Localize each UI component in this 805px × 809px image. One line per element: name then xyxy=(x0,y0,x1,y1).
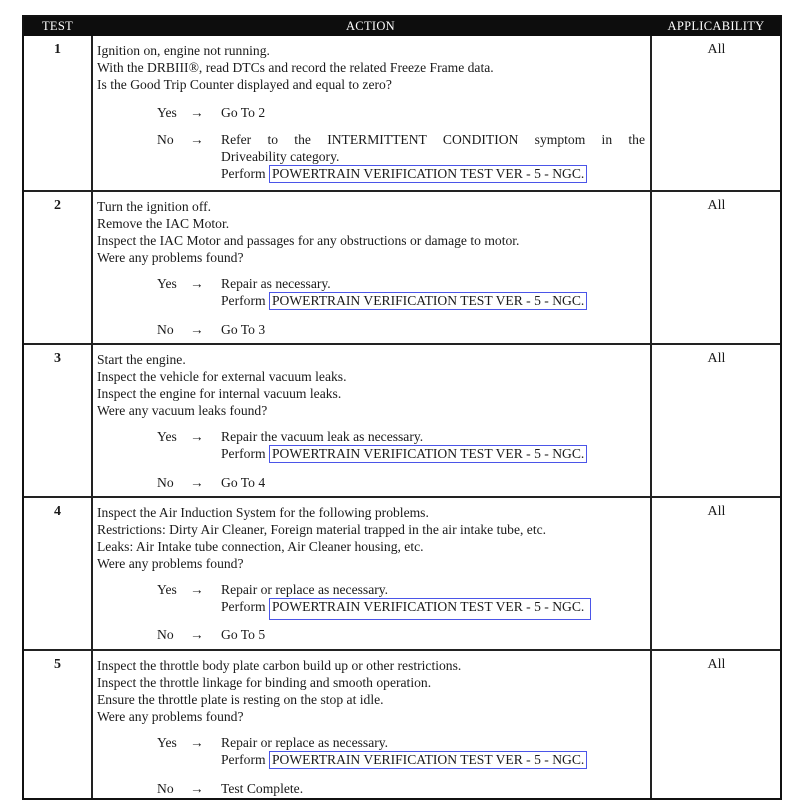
action-cell: Ignition on, engine not running. With th… xyxy=(97,42,645,183)
table-row: 2 Turn the ignition off. Remove the IAC … xyxy=(24,190,780,343)
yes-result: Repair or replace as necessary. Perform … xyxy=(221,581,645,620)
yes-label: Yes xyxy=(157,104,185,121)
no-label: No xyxy=(157,474,185,491)
header-test: TEST xyxy=(24,17,91,36)
perform-label: Perform xyxy=(221,166,266,181)
no-branch: No → Test Complete. xyxy=(157,780,645,797)
arrow-icon: → xyxy=(190,275,210,292)
test-number: 2 xyxy=(24,198,91,214)
action-cell: Inspect the Air Induction System for the… xyxy=(97,504,645,643)
goto-link[interactable]: Go To 2 xyxy=(221,105,265,120)
step-text: Start the engine. xyxy=(97,351,645,368)
step-text: Inspect the engine for internal vacuum l… xyxy=(97,385,645,402)
powertrain-verification-link[interactable]: POWERTRAIN VERIFICATION TEST VER - 5 - N… xyxy=(269,598,591,620)
goto-link[interactable]: Go To 3 xyxy=(221,322,265,337)
goto-link[interactable]: Go To 5 xyxy=(221,627,265,642)
applicability-value: All xyxy=(651,42,782,58)
table-row: 4 Inspect the Air Induction System for t… xyxy=(24,496,780,649)
yes-branch: Yes → Repair or replace as necessary. Pe… xyxy=(157,581,645,620)
yes-branch: Yes → Repair or replace as necessary. Pe… xyxy=(157,734,645,769)
arrow-icon: → xyxy=(190,626,210,643)
step-text: Ignition on, engine not running. xyxy=(97,42,645,59)
no-label: No xyxy=(157,321,185,338)
no-result: Test Complete. xyxy=(221,780,645,797)
step-text: Leaks: Air Intake tube connection, Air C… xyxy=(97,538,645,555)
yes-label: Yes xyxy=(157,275,185,292)
no-label: No xyxy=(157,626,185,643)
arrow-icon: → xyxy=(190,131,210,148)
yes-result: Repair as necessary. Perform POWERTRAIN … xyxy=(221,275,645,310)
no-result: Refer to the INTERMITTENT CONDITION symp… xyxy=(221,131,645,183)
powertrain-verification-link[interactable]: POWERTRAIN VERIFICATION TEST VER - 5 - N… xyxy=(269,165,587,183)
step-text: Inspect the vehicle for external vacuum … xyxy=(97,368,645,385)
arrow-icon: → xyxy=(190,104,210,121)
applicability-value: All xyxy=(651,198,782,214)
step-text: Is the Good Trip Counter displayed and e… xyxy=(97,76,645,93)
result-text: Repair or replace as necessary. xyxy=(221,581,645,598)
yes-result: Go To 2 xyxy=(221,104,645,121)
powertrain-verification-link[interactable]: POWERTRAIN VERIFICATION TEST VER - 5 - N… xyxy=(269,445,587,463)
step-text: Were any problems found? xyxy=(97,708,645,725)
table-row: 1 Ignition on, engine not running. With … xyxy=(24,36,780,190)
powertrain-verification-link[interactable]: POWERTRAIN VERIFICATION TEST VER - 5 - N… xyxy=(269,751,587,769)
column-divider xyxy=(91,36,93,798)
test-number: 5 xyxy=(24,657,91,673)
yes-result: Repair the vacuum leak as necessary. Per… xyxy=(221,428,645,463)
result-text: Repair or replace as necessary. xyxy=(221,734,645,751)
perform-label: Perform xyxy=(221,293,266,308)
powertrain-verification-link[interactable]: POWERTRAIN VERIFICATION TEST VER - 5 - N… xyxy=(269,292,587,310)
arrow-icon: → xyxy=(190,321,210,338)
arrow-icon: → xyxy=(190,428,210,445)
step-text: Were any problems found? xyxy=(97,555,645,572)
step-text: Inspect the throttle linkage for binding… xyxy=(97,674,645,691)
step-text: Inspect the IAC Motor and passages for a… xyxy=(97,232,645,249)
no-branch: No → Refer to the INTERMITTENT CONDITION… xyxy=(157,131,645,183)
step-text: With the DRBIII®, read DTCs and record t… xyxy=(97,59,645,76)
arrow-icon: → xyxy=(190,581,210,598)
action-cell: Turn the ignition off. Remove the IAC Mo… xyxy=(97,198,645,338)
step-text: Remove the IAC Motor. xyxy=(97,215,645,232)
step-text: Ensure the throttle plate is resting on … xyxy=(97,691,645,708)
test-number: 1 xyxy=(24,42,91,58)
no-branch: No → Go To 5 xyxy=(157,626,645,643)
perform-label: Perform xyxy=(221,752,266,767)
action-cell: Start the engine. Inspect the vehicle fo… xyxy=(97,351,645,491)
result-text: Driveability category. xyxy=(221,148,645,165)
table-header: TEST ACTION APPLICABILITY xyxy=(24,17,780,36)
arrow-icon: → xyxy=(190,734,210,751)
no-result: Go To 5 xyxy=(221,626,645,643)
no-result: Go To 4 xyxy=(221,474,645,491)
yes-label: Yes xyxy=(157,734,185,751)
perform-label: Perform xyxy=(221,599,266,614)
table-row: 5 Inspect the throttle body plate carbon… xyxy=(24,649,780,798)
header-applicability: APPLICABILITY xyxy=(650,17,782,36)
step-text: Were any problems found? xyxy=(97,249,645,266)
result-text: Repair as necessary. xyxy=(221,275,645,292)
arrow-icon: → xyxy=(190,780,210,797)
perform-label: Perform xyxy=(221,446,266,461)
yes-branch: Yes → Repair the vacuum leak as necessar… xyxy=(157,428,645,463)
yes-label: Yes xyxy=(157,428,185,445)
no-label: No xyxy=(157,131,185,148)
applicability-value: All xyxy=(651,351,782,367)
step-text: Turn the ignition off. xyxy=(97,198,645,215)
test-number: 4 xyxy=(24,504,91,520)
action-cell: Inspect the throttle body plate carbon b… xyxy=(97,657,645,797)
step-text: Restrictions: Dirty Air Cleaner, Foreign… xyxy=(97,521,645,538)
yes-result: Repair or replace as necessary. Perform … xyxy=(221,734,645,769)
no-branch: No → Go To 3 xyxy=(157,321,645,338)
step-text: Inspect the throttle body plate carbon b… xyxy=(97,657,645,674)
table-row: 3 Start the engine. Inspect the vehicle … xyxy=(24,343,780,496)
applicability-value: All xyxy=(651,657,782,673)
result-text: Repair the vacuum leak as necessary. xyxy=(221,428,645,445)
goto-link[interactable]: Go To 4 xyxy=(221,475,265,490)
yes-branch: Yes → Go To 2 xyxy=(157,104,645,121)
step-text: Inspect the Air Induction System for the… xyxy=(97,504,645,521)
step-text: Were any vacuum leaks found? xyxy=(97,402,645,419)
no-result: Go To 3 xyxy=(221,321,645,338)
result-text: Refer to the INTERMITTENT CONDITION symp… xyxy=(221,131,645,148)
arrow-icon: → xyxy=(190,474,210,491)
column-divider xyxy=(650,36,652,798)
applicability-value: All xyxy=(651,504,782,520)
no-branch: No → Go To 4 xyxy=(157,474,645,491)
diagnostic-test-table: TEST ACTION APPLICABILITY 1 Ignition on,… xyxy=(22,15,782,800)
test-number: 3 xyxy=(24,351,91,367)
yes-label: Yes xyxy=(157,581,185,598)
header-action: ACTION xyxy=(91,17,650,36)
yes-branch: Yes → Repair as necessary. Perform POWER… xyxy=(157,275,645,310)
no-label: No xyxy=(157,780,185,797)
